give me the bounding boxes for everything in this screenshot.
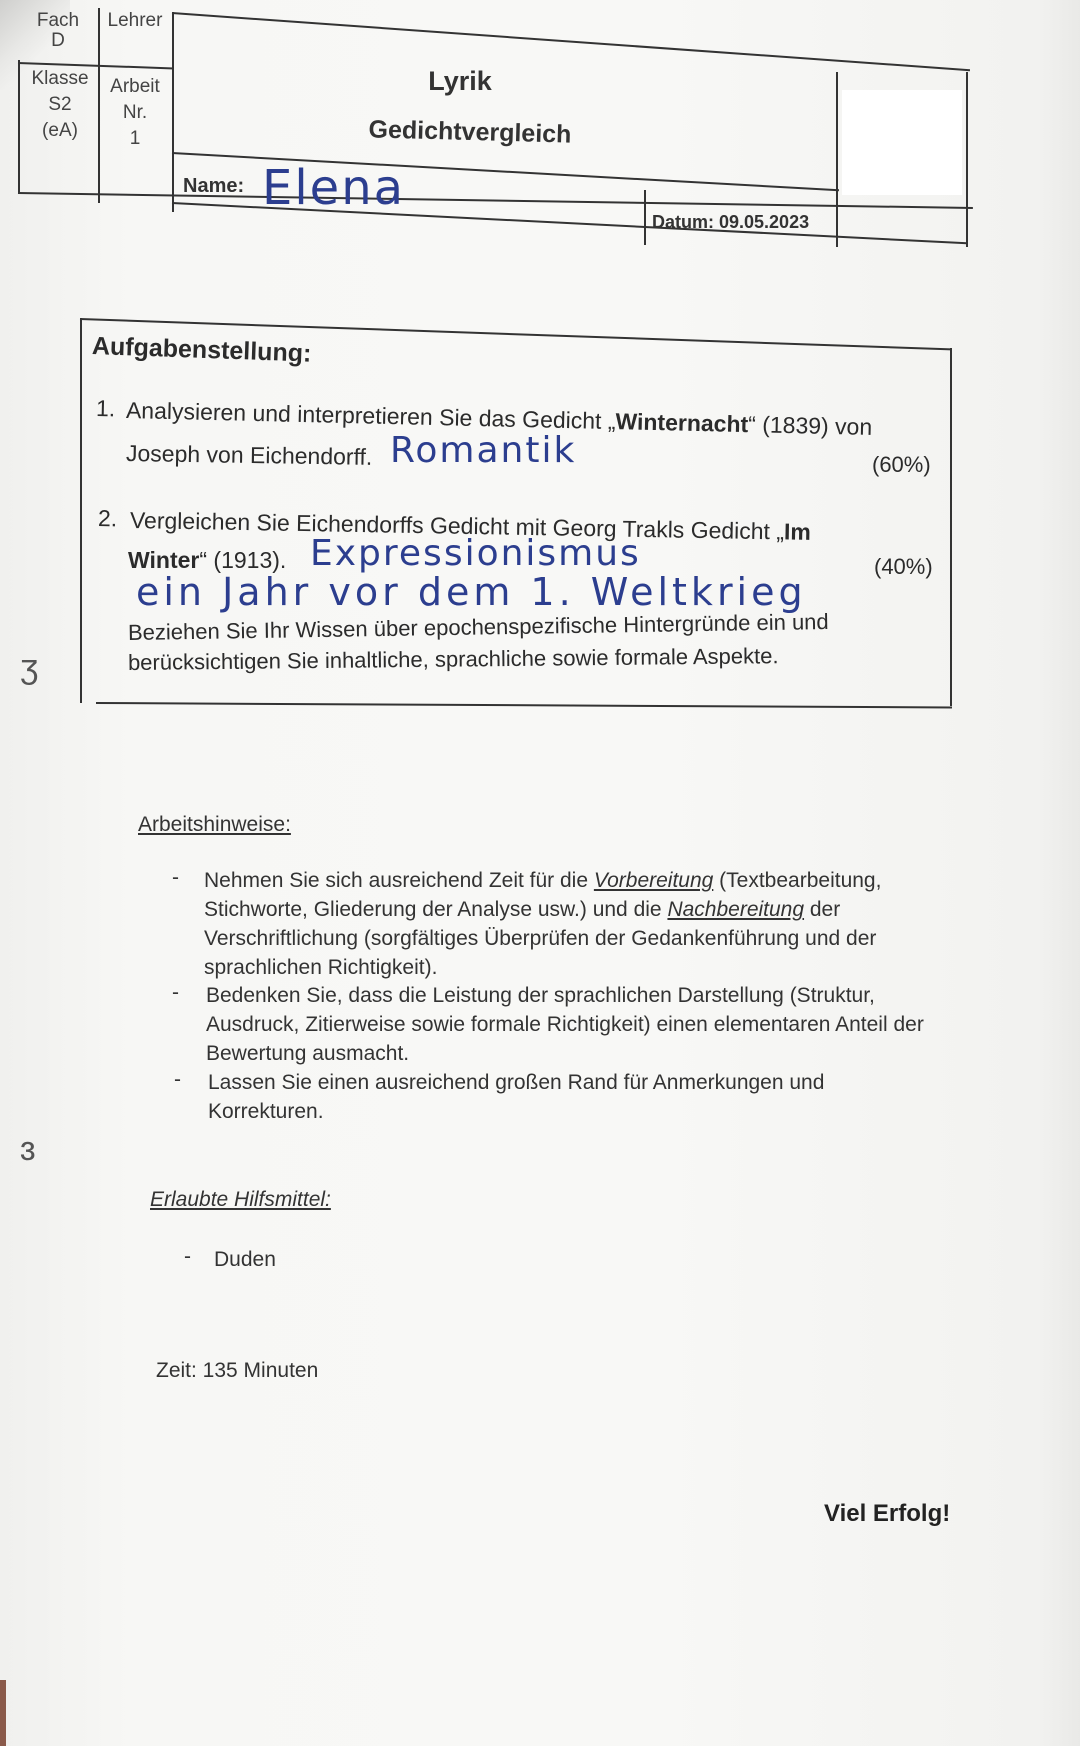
instruction-item: Bedenken Sie, dass die Leistung der spra… (206, 981, 956, 1068)
name-value: Elena (262, 160, 405, 216)
class-level: (eA) (22, 118, 98, 144)
task-2-text-line4: berücksichtigen Sie inhaltliche, sprachl… (128, 641, 779, 678)
page-edge (0, 1680, 6, 1746)
exam-nr-label: Nr. (100, 100, 170, 126)
topic-title: Lyrik (420, 66, 500, 97)
subject-value: D (28, 28, 88, 54)
task-2-annotation-1: Expressionismus (310, 533, 641, 574)
exam-label: Arbeit (100, 74, 170, 100)
subtopic-title: Gedichtvergleich (350, 115, 591, 150)
task-1-annotation: Romantik (390, 430, 576, 471)
task-heading: Aufgabenstellung: (91, 332, 311, 369)
time-limit: Zeit: 135 Minuten (156, 1356, 318, 1385)
class-label: Klasse (22, 66, 98, 92)
task-2-annotation-2: ein Jahr vor dem 1. Weltkrieg (136, 570, 807, 614)
binding-hole-icon: ɜ (20, 1130, 54, 1170)
exam-nr-value: 1 (100, 126, 170, 152)
binding-hole-icon: ʒ (20, 648, 54, 688)
task-2-weight: (40%) (874, 552, 933, 582)
instructions-heading: Arbeitshinweise: (138, 810, 291, 839)
exam-sheet: Fach D Lehrer Klasse S2 (eA) Arbeit Nr. … (0, 0, 1080, 1746)
instruction-item: Lassen Sie einen ausreichend großen Rand… (208, 1068, 928, 1126)
aid-item: Duden (214, 1245, 276, 1274)
task-2-number: 2. (98, 503, 118, 533)
date-field: Datum: 09.05.2023 (652, 212, 809, 233)
aids-heading: Erlaubte Hilfsmittel: (150, 1185, 331, 1214)
closing-message: Viel Erfolg! (824, 1500, 950, 1528)
teacher-label: Lehrer (100, 8, 170, 34)
task-1-weight: (60%) (872, 450, 931, 480)
instruction-item: Nehmen Sie sich ausreichend Zeit für die… (204, 866, 954, 982)
name-label: Name: (183, 175, 244, 198)
task-1-text-line2: Joseph von Eichendorff. (126, 438, 373, 472)
class-value: S2 (22, 92, 98, 118)
grade-box-redacted (842, 90, 962, 195)
task-1-number: 1. (96, 393, 116, 423)
